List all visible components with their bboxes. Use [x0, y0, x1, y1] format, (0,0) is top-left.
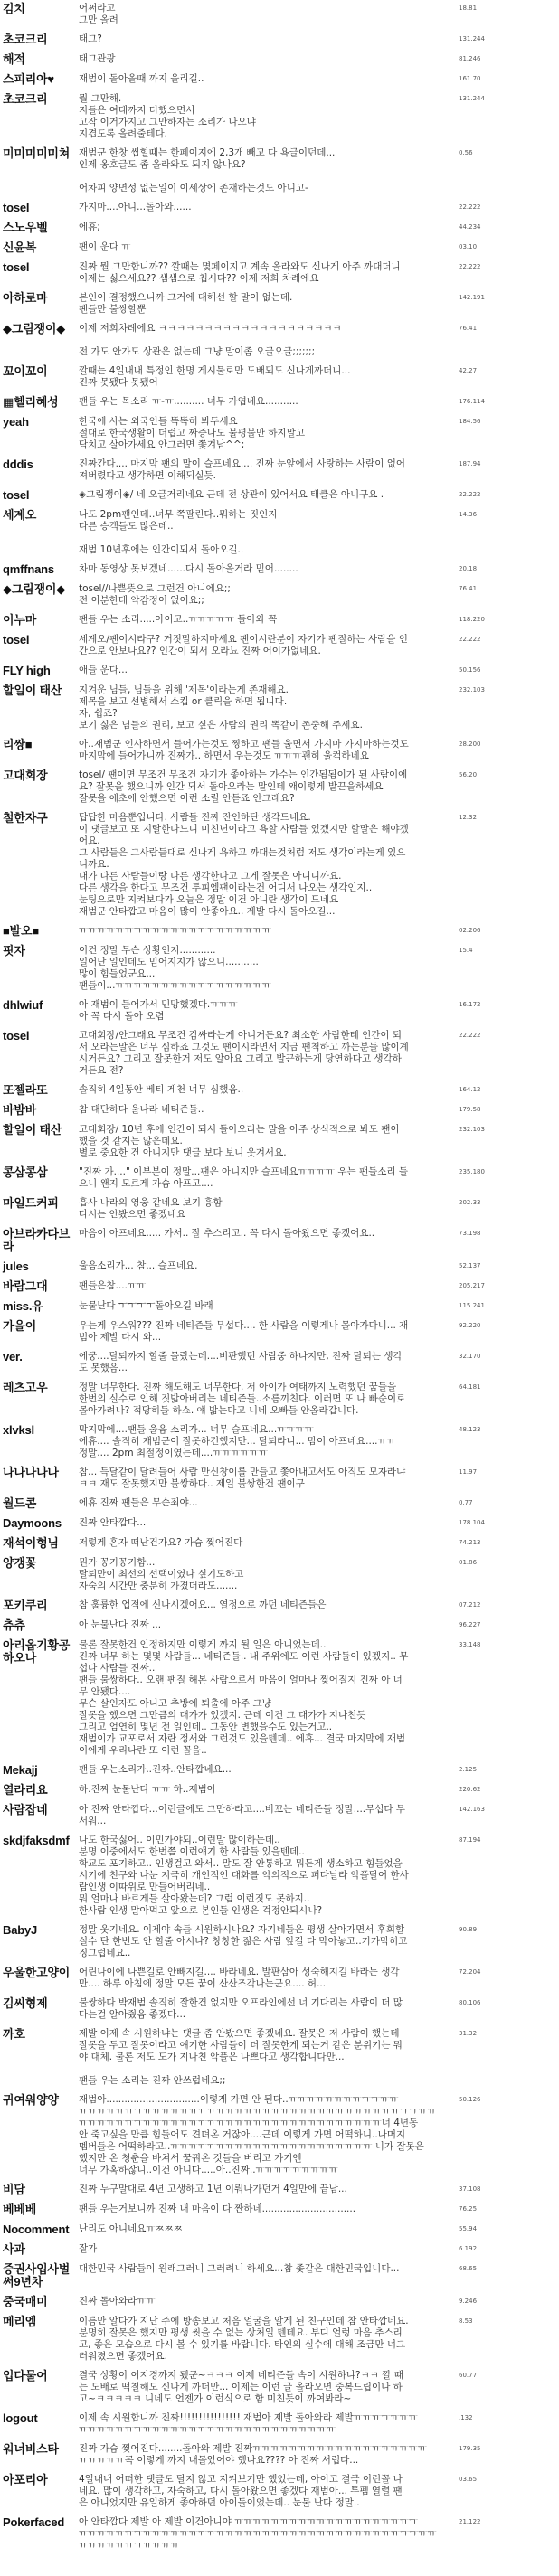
- comment-author[interactable]: 양갱꽃: [0, 1557, 79, 1570]
- comment-text: 나도 2pm팬인데..너무 쪽팔린다..뭐하는 짓인지 다른 승객들도 많은데.…: [79, 509, 459, 556]
- comment-author[interactable]: 바밤바: [0, 1104, 79, 1117]
- comment-text: 저렇게 혼자 떠난건가요? 가슴 찢어진다: [79, 1537, 459, 1549]
- comment-text: 에궁....탈퇴까지 할줄 몰랐는데....비판했던 사람중 하나지만, 진짜 …: [79, 1351, 459, 1374]
- comment-row: 스노우벨 에휴; 44.234: [0, 219, 559, 239]
- comment-ip: 15.4: [459, 945, 559, 956]
- comment-ip: 42.27: [459, 365, 559, 376]
- comment-author[interactable]: 마일드커피: [0, 1197, 79, 1210]
- comment-author[interactable]: Mekajj: [0, 1764, 79, 1777]
- comment-row: 증권사입사벌써9년차 대한민국 사람들이 원래그러니 그러려니 하세요...참 …: [0, 2260, 559, 2293]
- comment-ip: 37.108: [459, 2184, 559, 2194]
- comment-text: 어린나이에 나쁜길로 안빠지길.... 바라네요. 발판삼아 성숙해지길 바라는…: [79, 1967, 459, 1990]
- comment-row: Nocomment 난리도 아니네요ㅠㅉㅉㅉ 55.94: [0, 2221, 559, 2241]
- comment-row: 사과 잘가 6.192: [0, 2241, 559, 2260]
- comment-ip: 50.156: [459, 665, 559, 675]
- comment-row: ■발오■ ㅠㅠㅠㅠㅠㅠㅠㅠㅠㅠㅠㅠㅠㅠㅠㅠㅠㅠㅠㅠㅠ 02.206: [0, 922, 559, 942]
- comment-ip: 76.25: [459, 2203, 559, 2214]
- comment-text: 대한민국 사람들이 원래그러니 그러려니 하세요...참 좆같은 대한민국입니다…: [79, 2263, 459, 2275]
- comment-row: ▦헬리혜성 팬들 우는 목소리 ㅠ-ㅠ.......... 너무 가엽네요...…: [0, 393, 559, 413]
- comment-ip: 33.148: [459, 1639, 559, 1650]
- comment-ip: 18.81: [459, 3, 559, 14]
- comment-text: 잘가: [79, 2243, 459, 2255]
- comment-author[interactable]: 할일이 태산: [0, 684, 79, 697]
- comment-row: tosel 고대회장/안그래요 무조건 감싸라는게 아니거든요? 최소한 사람한…: [0, 1027, 559, 1081]
- comment-text: 진짜 돌아와라ㅠㅠ: [79, 2296, 459, 2307]
- comment-ip: 76.41: [459, 323, 559, 334]
- comment-author[interactable]: 바람그대: [0, 1280, 79, 1293]
- comment-text: 태그관광: [79, 53, 459, 65]
- comment-ip: 184.56: [459, 416, 559, 427]
- comment-author[interactable]: 재석이형님: [0, 1537, 79, 1550]
- comment-ip: 131.244: [459, 33, 559, 44]
- comment-ip: 8.53: [459, 2316, 559, 2326]
- comment-row: 고대회장 tosel/ 팬이면 무조건 무조건 자기가 좋아하는 가수는 인간됨…: [0, 767, 559, 809]
- comment-text: 참 훌륭한 업적에 신나시겠어요... 열정으로 까던 네티즌들은: [79, 1599, 459, 1611]
- comment-author[interactable]: 월드콘: [0, 1497, 79, 1510]
- comment-row: 스피리아♥ 재범이 돌아올때 까지 올리길.. 161.70: [0, 71, 559, 90]
- comment-row: 아브라카다브라 마음이 아프네요..... 가서.. 잘 추스리고.. 꼭 다시…: [0, 1225, 559, 1258]
- comment-text: 막지막에....팬들 울음 소리가... 너무 슬프네요...ㅠㅠㅠㅠ 에휴..…: [79, 1424, 459, 1459]
- comment-ip: 142.163: [459, 1804, 559, 1815]
- comment-author[interactable]: 가을이: [0, 1320, 79, 1333]
- comment-ip: 01.86: [459, 1557, 559, 1568]
- comment-author[interactable]: tosel: [0, 202, 79, 214]
- comment-ip: 74.213: [459, 1537, 559, 1548]
- comment-text: 재범군 한창 씹힐때는 한페이지에 2,3개 빼고 다 욕글이던데... 인제 …: [79, 147, 459, 194]
- comment-ip: 220.62: [459, 1784, 559, 1795]
- comment-text: 지겨운 님들, 님들을 위해 '제목'이라는게 존재해요. 제목을 보고 선별해…: [79, 684, 459, 731]
- comment-row: 츄츄 아 눈물난다 진짜 ... 96.227: [0, 1617, 559, 1637]
- comment-row: 레츠고우 정말 너무한다. 진짜 해도해도 너무한다. 저 아이가 여태까지 노…: [0, 1379, 559, 1421]
- comment-row: 베베베 팬들 우는거보니까 진짜 내 마음이 다 짠하네............…: [0, 2201, 559, 2221]
- comment-ip: 56.20: [459, 769, 559, 780]
- comment-ip: 235.180: [459, 1166, 559, 1177]
- comment-text: 마음이 아프네요..... 가서.. 잘 추스리고.. 꼭 다시 돌아왔으면 좋…: [79, 1228, 459, 1240]
- comment-text: 에휴 진짜 팬들은 무슨죄야...: [79, 1497, 459, 1509]
- comment-author[interactable]: ver.: [0, 1351, 79, 1363]
- comment-row: 바밤바 참 대단하다 울나라 네티즌들.. 179.58: [0, 1101, 559, 1121]
- comment-author[interactable]: 까호: [0, 2028, 79, 2041]
- comment-author[interactable]: 이누마: [0, 614, 79, 627]
- comment-author[interactable]: 사과: [0, 2243, 79, 2256]
- comment-ip: 60.77: [459, 2370, 559, 2381]
- comment-row: 귀여워양양 재범아...............................…: [0, 2091, 559, 2181]
- comment-ip: 205.217: [459, 1280, 559, 1291]
- comment-author[interactable]: 비담: [0, 2184, 79, 2196]
- comment-text: 고대회장/안그래요 무조건 감싸라는게 아니거든요? 최소한 사람한테 인간이 …: [79, 1030, 459, 1077]
- comment-row: tosel ◈그림쟁이◈/ 네 오글거리네요 근데 전 상관이 있어서요 태클은…: [0, 486, 559, 506]
- comment-author[interactable]: 리쌍■: [0, 739, 79, 751]
- comment-text: 팬들 우는 소리.....아이고..ㅠㅠㅠㅠㅠ 돌아와 꼭: [79, 614, 459, 626]
- comment-text: 팬들 우는거보니까 진짜 내 마음이 다 짠하네................…: [79, 2203, 459, 2215]
- comment-ip: 31.32: [459, 2028, 559, 2039]
- comment-ip: 178.104: [459, 1517, 559, 1528]
- comment-row: ver. 에궁....탈퇴까지 할줄 몰랐는데....비판했던 사람중 하나지만…: [0, 1348, 559, 1379]
- comment-text: 세계오/팬이시라구? 거짓말하지마세요 팬이시란분이 자기가 팬질하는 사람을 …: [79, 634, 459, 657]
- comment-ip: 0.56: [459, 147, 559, 158]
- comment-row: 콩삼콩삼 "진짜 가...." 이부분이 정말...팬은 아니지만 슬프네요ㅠㅠ…: [0, 1164, 559, 1194]
- comment-row: 가을이 우는게 우스워??? 진짜 네티즌들 무섭다.... 한 사람을 이렇게…: [0, 1317, 559, 1348]
- comment-ip: 87.194: [459, 1835, 559, 1845]
- comment-text: 팬들은참....ㅠㅠ: [79, 1280, 459, 1292]
- comment-ip: 16.172: [459, 999, 559, 1010]
- comment-text: "진짜 가...." 이부분이 정말...팬은 아니지만 슬프네요ㅠㅠㅠㅠ 우는…: [79, 1166, 459, 1190]
- comment-text: 진짜 뭘 그만합니까?? 깔때는 몇페이지고 계속 올라와도 신나게 아주 까대…: [79, 261, 459, 285]
- comment-ip: 22.222: [459, 202, 559, 212]
- comment-list: 김치 어쩌라고 그만 올려 18.81 초코크리 태그? 131.244 해적 …: [0, 0, 559, 2556]
- comment-ip: 164.12: [459, 1084, 559, 1095]
- comment-ip: 32.170: [459, 1351, 559, 1362]
- comment-text: 흡사 나라의 영웅 같네요 보기 흉함 다시는 안봤으면 좋겠네요: [79, 1197, 459, 1221]
- comment-author[interactable]: BabyJ: [0, 1924, 79, 1937]
- comment-author[interactable]: miss.유: [0, 1300, 79, 1313]
- comment-row: 메리엠 이름만 알다가 지난 주에 방송보고 처음 얼굴을 알게 된 친구인데 …: [0, 2313, 559, 2367]
- comment-row: 아리옵기황공하오나 물론 잘못한건 인정하지만 이렇게 까지 될 일은 아니었는…: [0, 1637, 559, 1761]
- comment-author[interactable]: tosel: [0, 1030, 79, 1043]
- comment-ip: 2.125: [459, 1764, 559, 1775]
- comment-text: 눈물난다 ㅜㅜㅜㅜ돌아오길 바래: [79, 1300, 459, 1312]
- comment-author[interactable]: 아포리아: [0, 2474, 79, 2486]
- comment-author[interactable]: 미미미미미쳐: [0, 147, 79, 160]
- comment-ip: 96.227: [459, 1619, 559, 1630]
- comment-row: 사람잡네 아 진짜 안타깝다...이런글에도 그만하라고....비꼬는 네티즌들…: [0, 1801, 559, 1832]
- comment-author[interactable]: logout: [0, 2412, 79, 2425]
- comment-ip: 02.206: [459, 925, 559, 936]
- comment-row: jules 울음소리가... 참... 슬프네요. 52.137: [0, 1258, 559, 1278]
- comment-text: 제발 이제 속 시원하냐는 댓글 좀 안봤으면 좋겠네요. 잘못은 저 사람이 …: [79, 2028, 459, 2087]
- comment-row: 이누마 팬들 우는 소리.....아이고..ㅠㅠㅠㅠㅠ 돌아와 꼭 118.22…: [0, 611, 559, 631]
- comment-row: 할일이 태산 지겨운 님들, 님들을 위해 '제목'이라는게 존재해요. 제목을…: [0, 682, 559, 736]
- comment-ip: 81.246: [459, 53, 559, 64]
- comment-ip: 90.89: [459, 1924, 559, 1935]
- comment-row: miss.유 눈물난다 ㅜㅜㅜㅜ돌아오길 바래 115.241: [0, 1297, 559, 1317]
- comment-row: 입다물어 결국 상황이 이지경까지 됐군~ㅋㅋㅋ 이제 네티즌들 속이 시원하냐…: [0, 2367, 559, 2410]
- comment-row: xlvksl 막지막에....팬들 울음 소리가... 너무 슬프네요...ㅠㅠ…: [0, 1421, 559, 1464]
- comment-text: 재범이 돌아올때 까지 올리길..: [79, 73, 459, 85]
- comment-ip: 50.126: [459, 2094, 559, 2105]
- comment-author[interactable]: 츄츄: [0, 1619, 79, 1632]
- comment-ip: 44.234: [459, 222, 559, 232]
- comment-author[interactable]: 할일이 태산: [0, 1124, 79, 1137]
- comment-text: 뭘 그만해. 지들은 여태까지 더했으면서 고작 이거가지고 그만하자는 소리가…: [79, 93, 459, 140]
- comment-row: ◆그림쟁이◆ tosel//나쁜뜻으로 그런건 아니에요;; 전 이분한테 악감…: [0, 580, 559, 611]
- comment-ip: 92.220: [459, 1320, 559, 1331]
- comment-author[interactable]: 콩삼콩삼: [0, 1166, 79, 1179]
- comment-row: tosel 가지마....아니...돌아와...... 22.222: [0, 199, 559, 219]
- comment-row: logout 이제 속 시원합니까 진짜!!!!!!!!!!!!!!!! 재범아…: [0, 2410, 559, 2440]
- comment-ip: 64.181: [459, 1382, 559, 1392]
- comment-author[interactable]: xlvksl: [0, 1424, 79, 1437]
- comment-author[interactable]: FLY high: [0, 665, 79, 677]
- comment-row: 미미미미미쳐 재범군 한창 씹힐때는 한페이지에 2,3개 빼고 다 욕글이던데…: [0, 145, 559, 199]
- comment-row: 중국매미 진짜 돌아와라ㅠㅠ 9.246: [0, 2293, 559, 2313]
- comment-author[interactable]: 세계오: [0, 509, 79, 522]
- comment-row: 양갱꽃 뭔가 꽁기꽁기함... 탈퇴만이 최선의 선택이였나 싶기도하고 자숙의…: [0, 1554, 559, 1597]
- comment-ip: 11.97: [459, 1467, 559, 1477]
- comment-ip: 161.70: [459, 73, 559, 84]
- comment-author[interactable]: 메리엠: [0, 2316, 79, 2328]
- comment-text: 본인이 결정했으니까 그거에 대해선 할 말이 없는데. 팬들만 불쌍할뿐: [79, 292, 459, 316]
- comment-text: 불쌍하다 박재범 솔직히 잘한건 없지만 오프라인에선 너 기다리는 사람이 더…: [79, 1997, 459, 2021]
- comment-row: 바람그대 팬들은참....ㅠㅠ 205.217: [0, 1278, 559, 1297]
- comment-author[interactable]: 김씨형제: [0, 1997, 79, 2010]
- comment-author[interactable]: 김치: [0, 3, 79, 15]
- comment-text: 진짜 누구말대로 4년 고생하고 1년 이뤄나가던거 4일만에 끝남...: [79, 2184, 459, 2195]
- comment-row: 철한자구 답답한 마음뿐입니다. 사람들 진짜 잔인하단 생각드네요. 이 댓글…: [0, 809, 559, 922]
- comment-row: qmffnans 차마 동영상 못보겠네......다시 돌아올거라 믿어...…: [0, 561, 559, 580]
- comment-author[interactable]: Nocomment: [0, 2223, 79, 2236]
- comment-ip: 22.222: [459, 1030, 559, 1041]
- comment-row: 워너비스타 진짜 가슴 찢어진다........돌아와 제발 진짜ㅠㅠㅠㅠㅠㅠㅠ…: [0, 2440, 559, 2471]
- comment-ip: 115.241: [459, 1300, 559, 1311]
- comment-author[interactable]: ▦헬리혜성: [0, 396, 79, 409]
- comment-row: 재석이형님 저렇게 혼자 떠난건가요? 가슴 찢어진다 74.213: [0, 1534, 559, 1554]
- comment-row: 열라리요 하.진짜 눈물난다 ㅠㅠ 하..재범아 220.62: [0, 1781, 559, 1801]
- comment-text: 이제 저희차례에요 ㅋㅋㅋㅋㅋㅋㅋㅋㅋㅋㅋㅋㅋㅋㅋㅋㅋㅋㅋㅋ 전 가도 안가도 …: [79, 323, 459, 358]
- comment-row: ◆그림쟁이◆ 이제 저희차례에요 ㅋㅋㅋㅋㅋㅋㅋㅋㅋㅋㅋㅋㅋㅋㅋㅋㅋㅋㅋㅋ 전 …: [0, 320, 559, 363]
- comment-author[interactable]: tosel: [0, 261, 79, 274]
- comment-author[interactable]: 사람잡네: [0, 1804, 79, 1816]
- comment-text: 고대회장/ 10년 후에 인간이 되서 돌아오라는 말을 아주 상식적으로 봐도…: [79, 1124, 459, 1159]
- comment-author[interactable]: 증권사입사벌써9년차: [0, 2263, 79, 2288]
- comment-text: 참... 득달같이 달려들어 사람 만신창이를 만들고 쫓아내고서도 아직도 모…: [79, 1467, 459, 1490]
- comment-ip: 22.222: [459, 261, 559, 272]
- comment-text: 팬이 운다 ㅠ: [79, 241, 459, 253]
- comment-row: Mekajj 팬들 우는소리가..진짜..안타깝네요... 2.125: [0, 1761, 559, 1781]
- comment-author[interactable]: tosel: [0, 489, 79, 502]
- comment-author[interactable]: yeah: [0, 416, 79, 429]
- comment-text: 아 안타깝다 제발 아 제발 이건아니야 ㅠㅠㅠㅠㅠㅠㅠㅠㅠㅠㅠㅠㅠㅠㅠㅠㅠㅠㅠ…: [79, 2516, 459, 2552]
- comment-row: 아포리아 4일내내 어떠한 댓글도 달지 않고 지켜보기만 했었는데, 아이고 …: [0, 2471, 559, 2514]
- comment-ip: 142.191: [459, 292, 559, 303]
- comment-text: 에휴;: [79, 222, 459, 233]
- comment-author[interactable]: 베베베: [0, 2203, 79, 2216]
- comment-row: yeah 한국에 사는 외국인들 똑똑히 봐두세요 절대로 한국생활이 더럽고 …: [0, 413, 559, 456]
- comment-row: 초코크리 태그? 131.244: [0, 31, 559, 51]
- comment-ip: 48.123: [459, 1424, 559, 1435]
- comment-row: 또젤라또 솔직히 4일동안 베티 게천 너무 심했음.. 164.12: [0, 1081, 559, 1101]
- comment-row: Pokerfaced 아 안타깝다 제발 아 제발 이건아니야 ㅠㅠㅠㅠㅠㅠㅠㅠ…: [0, 2514, 559, 2556]
- comment-text: 아..재범군 인사하면서 들어가는것도 찡하고 팬들 울면서 가지마 가지마하는…: [79, 739, 459, 762]
- comment-ip: 68.65: [459, 2263, 559, 2274]
- comment-text: 정말 웃기네요. 이제야 속들 시원하시나요? 자기네들은 평생 살아가면서 후…: [79, 1924, 459, 1959]
- comment-ip: 21.122: [459, 2516, 559, 2527]
- comment-author[interactable]: 또젤라또: [0, 1084, 79, 1097]
- comment-text: 진짜간다.... 마지막 팬의 말이 슬프네요.... 진짜 눈앞에서 사랑하는…: [79, 458, 459, 482]
- comment-author[interactable]: 워너비스타: [0, 2443, 79, 2456]
- comment-row: 월드콘 에휴 진짜 팬들은 무슨죄야... 0.77: [0, 1495, 559, 1514]
- comment-row: 나나나나나 참... 득달같이 달려들어 사람 만신창이를 만들고 쫓아내고서도…: [0, 1464, 559, 1495]
- comment-author[interactable]: ◆그림쟁이◆: [0, 323, 79, 335]
- comment-text: 뭔가 꽁기꽁기함... 탈퇴만이 최선의 선택이였나 싶기도하고 자숙의 시간만…: [79, 1557, 459, 1592]
- comment-row: 해적 태그관광 81.246: [0, 51, 559, 71]
- comment-text: 이름만 알다가 지난 주에 방송보고 처음 얼굴을 알게 된 친구인데 참 안타…: [79, 2316, 459, 2363]
- comment-ip: 22.222: [459, 489, 559, 500]
- comment-text: 팬들 우는소리가..진짜..안타깝네요...: [79, 1764, 459, 1776]
- comment-author[interactable]: 아브라카다브라: [0, 1228, 79, 1253]
- comment-row: 세계오 나도 2pm팬인데..너무 쪽팔린다..뭐하는 짓인지 다른 승객들도 …: [0, 506, 559, 561]
- comment-text: 차마 동영상 못보겠네......다시 돌아올거라 믿어........: [79, 563, 459, 575]
- comment-text: 진짜 안타깝다...: [79, 1517, 459, 1529]
- comment-text: 4일내내 어떠한 댓글도 달지 않고 지켜보기만 했었는데, 아이고 결국 이런…: [79, 2474, 459, 2509]
- comment-ip: 232.103: [459, 1124, 559, 1135]
- comment-text: 답답한 마음뿐입니다. 사람들 진짜 잔인하단 생각드네요. 이 댓글보고 또 …: [79, 812, 459, 918]
- comment-row: Daymoons 진짜 안타깝다... 178.104: [0, 1514, 559, 1534]
- comment-author[interactable]: 입다물어: [0, 2370, 79, 2383]
- comment-row: 김씨형제 불쌍하다 박재범 솔직히 잘한건 없지만 오프라인에선 너 기다리는 …: [0, 1995, 559, 2025]
- comment-author[interactable]: 해적: [0, 53, 79, 66]
- comment-text: 한국에 사는 외국인들 똑똑히 봐두세요 절대로 한국생활이 더럽고 짜증나도 …: [79, 416, 459, 451]
- comment-author[interactable]: 초코크리: [0, 33, 79, 46]
- comment-text: 가지마....아니...돌아와......: [79, 202, 459, 213]
- comment-row: dhlwiuf 아 재범이 들어가서 민망했겠다.ㅠㅠㅠ 아 꼭 다시 돌아 오…: [0, 996, 559, 1027]
- comment-author[interactable]: 우울한고양이: [0, 1967, 79, 1979]
- comment-author[interactable]: ■발오■: [0, 925, 79, 938]
- comment-ip: .132: [459, 2412, 559, 2423]
- comment-ip: 73.198: [459, 1228, 559, 1239]
- comment-text: ◈그림쟁이◈/ 네 오글거리네요 근데 전 상관이 있어서요 태클은 아니구요 …: [79, 489, 459, 501]
- comment-ip: 12.32: [459, 812, 559, 823]
- comment-row: 할일이 태산 고대회장/ 10년 후에 인간이 되서 돌아오라는 말을 아주 상…: [0, 1121, 559, 1164]
- comment-row: 신윤복 팬이 운다 ㅠ 03.10: [0, 239, 559, 259]
- comment-text: 아 진짜 안타깝다...이런글에도 그만하라고....비꼬는 네티즌들 정말..…: [79, 1804, 459, 1827]
- comment-row: 우울한고양이 어린나이에 나쁜길로 안빠지길.... 바라네요. 발판삼아 성숙…: [0, 1964, 559, 1995]
- comment-ip: 22.222: [459, 634, 559, 645]
- comment-ip: 55.94: [459, 2223, 559, 2234]
- comment-row: 마일드커피 흡사 나라의 영웅 같네요 보기 흉함 다시는 안봤으면 좋겠네요 …: [0, 1194, 559, 1225]
- comment-ip: 72.204: [459, 1967, 559, 1977]
- comment-author[interactable]: 열라리요: [0, 1784, 79, 1797]
- comment-row: 김치 어쩌라고 그만 올려 18.81: [0, 0, 559, 31]
- comment-ip: 9.246: [459, 2296, 559, 2307]
- comment-row: 초코크리 뭘 그만해. 지들은 여태까지 더했으면서 고작 이거가지고 그만하자…: [0, 90, 559, 145]
- comment-ip: 20.18: [459, 563, 559, 574]
- comment-ip: 14.36: [459, 509, 559, 520]
- comment-ip: 03.10: [459, 241, 559, 252]
- comment-author[interactable]: 핏자: [0, 945, 79, 958]
- comment-author[interactable]: 초코크리: [0, 93, 79, 106]
- comment-author[interactable]: 레츠고우: [0, 1382, 79, 1394]
- comment-text: 솔직히 4일동안 베티 게천 너무 심했음..: [79, 1084, 459, 1096]
- comment-author[interactable]: 중국매미: [0, 2296, 79, 2308]
- comment-row: BabyJ 정말 웃기네요. 이제야 속들 시원하시나요? 자기네들은 평생 살…: [0, 1921, 559, 1964]
- comment-text: 하.진짜 눈물난다 ㅠㅠ 하..재범아: [79, 1784, 459, 1796]
- comment-ip: 179.58: [459, 1104, 559, 1115]
- comment-row: tosel 세계오/팬이시라구? 거짓말하지마세요 팬이시란분이 자기가 팬질하…: [0, 631, 559, 662]
- comment-ip: 176.114: [459, 396, 559, 407]
- comment-text: 재범아...............................이렇게 가면…: [79, 2094, 459, 2176]
- comment-author[interactable]: jules: [0, 1260, 79, 1273]
- comment-row: 핏자 이건 정말 무슨 상황인지............ 일어난 일인데도 믿어…: [0, 942, 559, 996]
- comment-text: 깔때는 4일내내 특정인 한명 게시물로만 도배되도 신나게까더니... 진짜 …: [79, 365, 459, 389]
- comment-row: skdjfaksdmf 나도 한국싫어.. 이민가야되..이런말 많이하는데..…: [0, 1832, 559, 1921]
- comment-author[interactable]: 스노우벨: [0, 222, 79, 234]
- comment-author[interactable]: qmffnans: [0, 563, 79, 576]
- comment-ip: 0.77: [459, 1497, 559, 1508]
- comment-row: 비담 진짜 누구말대로 4년 고생하고 1년 이뤄나가던거 4일만에 끝남...…: [0, 2181, 559, 2201]
- comment-ip: 118.220: [459, 614, 559, 625]
- comment-ip: 07.212: [459, 1599, 559, 1610]
- comment-text: ㅠㅠㅠㅠㅠㅠㅠㅠㅠㅠㅠㅠㅠㅠㅠㅠㅠㅠㅠㅠㅠ: [79, 925, 459, 937]
- comment-author[interactable]: 아하로마: [0, 292, 79, 305]
- comment-author[interactable]: 신윤복: [0, 241, 79, 254]
- comment-author[interactable]: dddis: [0, 458, 79, 471]
- comment-row: 까호 제발 이제 속 시원하냐는 댓글 좀 안봤으면 좋겠네요. 잘못은 저 사…: [0, 2025, 559, 2091]
- comment-ip: 6.192: [459, 2243, 559, 2254]
- comment-row: FLY high 애들 운다... 50.156: [0, 662, 559, 682]
- comment-ip: 232.103: [459, 684, 559, 695]
- comment-author[interactable]: 포키쿠리: [0, 1599, 79, 1612]
- comment-text: 나도 한국싫어.. 이민가야되..이런말 많이하는데.. 분명 이중에서도 한번…: [79, 1835, 459, 1917]
- comment-author[interactable]: 아리옵기황공하오나: [0, 1639, 79, 1665]
- comment-author[interactable]: dhlwiuf: [0, 999, 79, 1012]
- comment-row: tosel 진짜 뭘 그만합니까?? 깔때는 몇페이지고 계속 올라와도 신나게…: [0, 259, 559, 289]
- comment-text: 이건 정말 무슨 상황인지............ 일어난 일인데도 믿어지지가…: [79, 945, 459, 992]
- comment-text: 태그?: [79, 33, 459, 45]
- comment-author[interactable]: 꼬이꼬이: [0, 365, 79, 378]
- comment-author[interactable]: Pokerfaced: [0, 2516, 79, 2529]
- comment-text: 참 대단하다 울나라 네티즌들..: [79, 1104, 459, 1116]
- comment-text: 팬들 우는 목소리 ㅠ-ㅠ.......... 너무 가엽네요.........…: [79, 396, 459, 408]
- comment-ip: 187.94: [459, 458, 559, 469]
- comment-text: 진짜 가슴 찢어진다........돌아와 제발 진짜ㅠㅠㅠㅠㅠㅠㅠㅠㅠㅠㅠㅠㅠ…: [79, 2443, 459, 2467]
- comment-ip: 179.35: [459, 2443, 559, 2454]
- comment-row: 포키쿠리 참 훌륭한 업적에 신나시겠어요... 열정으로 까던 네티즌들은 0…: [0, 1597, 559, 1617]
- comment-ip: 131.244: [459, 93, 559, 104]
- comment-author[interactable]: Daymoons: [0, 1517, 79, 1530]
- comment-text: 아 재범이 들어가서 민망했겠다.ㅠㅠㅠ 아 꼭 다시 돌아 오렴: [79, 999, 459, 1023]
- comment-text: 울음소리가... 참... 슬프네요.: [79, 1260, 459, 1272]
- comment-author[interactable]: 나나나나나: [0, 1467, 79, 1479]
- comment-row: 아하로마 본인이 결정했으니까 그거에 대해선 할 말이 없는데. 팬들만 불쌍…: [0, 289, 559, 320]
- comment-text: 이제 속 시원합니까 진짜!!!!!!!!!!!!!!!! 재범아 제발 돌아와…: [79, 2412, 459, 2436]
- comment-author[interactable]: ◆그림쟁이◆: [0, 583, 79, 596]
- comment-ip: 80.106: [459, 1997, 559, 2008]
- comment-row: 꼬이꼬이 깔때는 4일내내 특정인 한명 게시물로만 도배되도 신나게까더니..…: [0, 363, 559, 393]
- comment-ip: 76.41: [459, 583, 559, 594]
- comment-ip: 52.137: [459, 1260, 559, 1271]
- comment-ip: 03.65: [459, 2474, 559, 2485]
- comment-text: 어쩌라고 그만 올려: [79, 3, 459, 26]
- comment-row: 리쌍■ 아..재범군 인사하면서 들어가는것도 찡하고 팬들 울면서 가지마 가…: [0, 736, 559, 767]
- comment-text: tosel//나쁜뜻으로 그런건 아니에요;; 전 이분한테 악감정이 없어요;…: [79, 583, 459, 607]
- comment-author[interactable]: 귀여워양양: [0, 2094, 79, 2107]
- comment-text: 아 눈물난다 진짜 ...: [79, 1619, 459, 1631]
- comment-ip: 202.33: [459, 1197, 559, 1208]
- comment-text: 난리도 아니네요ㅠㅉㅉㅉ: [79, 2223, 459, 2235]
- comment-text: 물론 잘못한건 인정하지만 이렇게 까지 될 일은 아니었는데.. 진짜 너무 …: [79, 1639, 459, 1757]
- comment-text: tosel/ 팬이면 무조건 무조건 자기가 좋아하는 가수는 인간됨됨이가 된…: [79, 769, 459, 805]
- comment-text: 정말 너무한다. 진짜 해도해도 너무한다. 저 아이가 여태까지 노력했던 꿈…: [79, 1382, 459, 1417]
- comment-row: dddis 진짜간다.... 마지막 팬의 말이 슬프네요.... 진짜 눈앞에…: [0, 456, 559, 486]
- comment-author[interactable]: 철한자구: [0, 812, 79, 825]
- comment-author[interactable]: 고대회장: [0, 769, 79, 782]
- comment-author[interactable]: 스피리아♥: [0, 73, 79, 86]
- comment-text: 우는게 우스워??? 진짜 네티즌들 무섭다.... 한 사람을 이렇게나 몰아…: [79, 1320, 459, 1344]
- comment-author[interactable]: skdjfaksdmf: [0, 1835, 79, 1847]
- comment-author[interactable]: tosel: [0, 634, 79, 646]
- comment-ip: 28.200: [459, 739, 559, 750]
- comment-text: 애들 운다...: [79, 665, 459, 676]
- comment-text: 결국 상황이 이지경까지 됐군~ㅋㅋㅋ 이제 네티즌들 속이 시원하냐?ㅋㅋ 깔…: [79, 2370, 459, 2405]
